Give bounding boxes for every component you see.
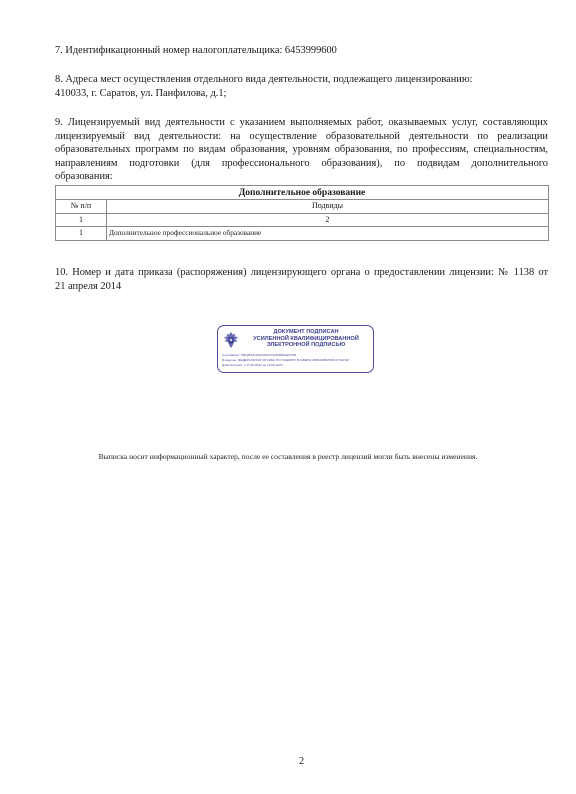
table-header-row: № п/п Подвиды <box>56 200 549 214</box>
stamp-details: Сертификат: 58F2B6A12F0C0E0C5A5F3B8AE5C9… <box>222 353 372 368</box>
item-10-line: 21 апреля 2014 <box>55 280 548 294</box>
table-row: 1 Дополнительное профессиональное образо… <box>56 227 549 241</box>
footer-note: Выписка носит информационный характер, п… <box>0 452 576 461</box>
electronic-signature-stamp: ДОКУМЕНТ ПОДПИСАН УСИЛЕННОЙ КВАЛИФИЦИРОВ… <box>217 325 374 373</box>
page-number: 2 <box>0 756 576 767</box>
header-subtypes: Подвиды <box>107 200 549 214</box>
item-9-line: 9. Лицензируемый вид деятельности с указ… <box>55 116 548 130</box>
additional-education-table: Дополнительное образование № п/п Подвиды… <box>55 185 549 241</box>
item-10-line: 10. Номер и дата приказа (распоряжения) … <box>55 266 548 280</box>
stamp-validity: Действителен: с 17.06.2022 до 10.09.2023 <box>222 363 372 368</box>
table-title-row: Дополнительное образование <box>56 186 549 200</box>
header-number: № п/п <box>56 200 107 214</box>
row-number: 1 <box>56 227 107 241</box>
stamp-title-line: ЭЛЕКТРОННОЙ ПОДПИСЬЮ <box>242 342 370 349</box>
item-7-tax-id: 7. Идентификационный номер налогоплатель… <box>55 44 548 58</box>
item-8-label: 8. Адреса мест осуществления отдельного … <box>55 73 548 87</box>
item-10-order: 10. Номер и дата приказа (распоряжения) … <box>55 266 548 293</box>
item-9-line: направлениям подготовки (для профессиона… <box>55 157 548 171</box>
item-9-licensed-activity: 9. Лицензируемый вид деятельности с указ… <box>55 116 548 184</box>
table-column-numbers-row: 1 2 <box>56 213 549 227</box>
item-9-line: лицензируемый вид деятельности: на осуще… <box>55 130 548 144</box>
row-subtype: Дополнительное профессиональное образова… <box>107 227 549 241</box>
item-9-line: образовательных программ по видам образо… <box>55 143 548 157</box>
stamp-title: ДОКУМЕНТ ПОДПИСАН УСИЛЕННОЙ КВАЛИФИЦИРОВ… <box>242 329 370 349</box>
coat-of-arms-icon <box>222 331 240 349</box>
stamp-title-line: ДОКУМЕНТ ПОДПИСАН <box>242 329 370 336</box>
item-8-addresses: 8. Адреса мест осуществления отдельного … <box>55 73 548 100</box>
column-number-2: 2 <box>107 213 549 227</box>
item-8-address: 410033, г. Саратов, ул. Панфилова, д.1; <box>55 87 548 101</box>
item-9-line: образования: <box>55 170 548 184</box>
table-title: Дополнительное образование <box>56 186 549 200</box>
column-number-1: 1 <box>56 213 107 227</box>
